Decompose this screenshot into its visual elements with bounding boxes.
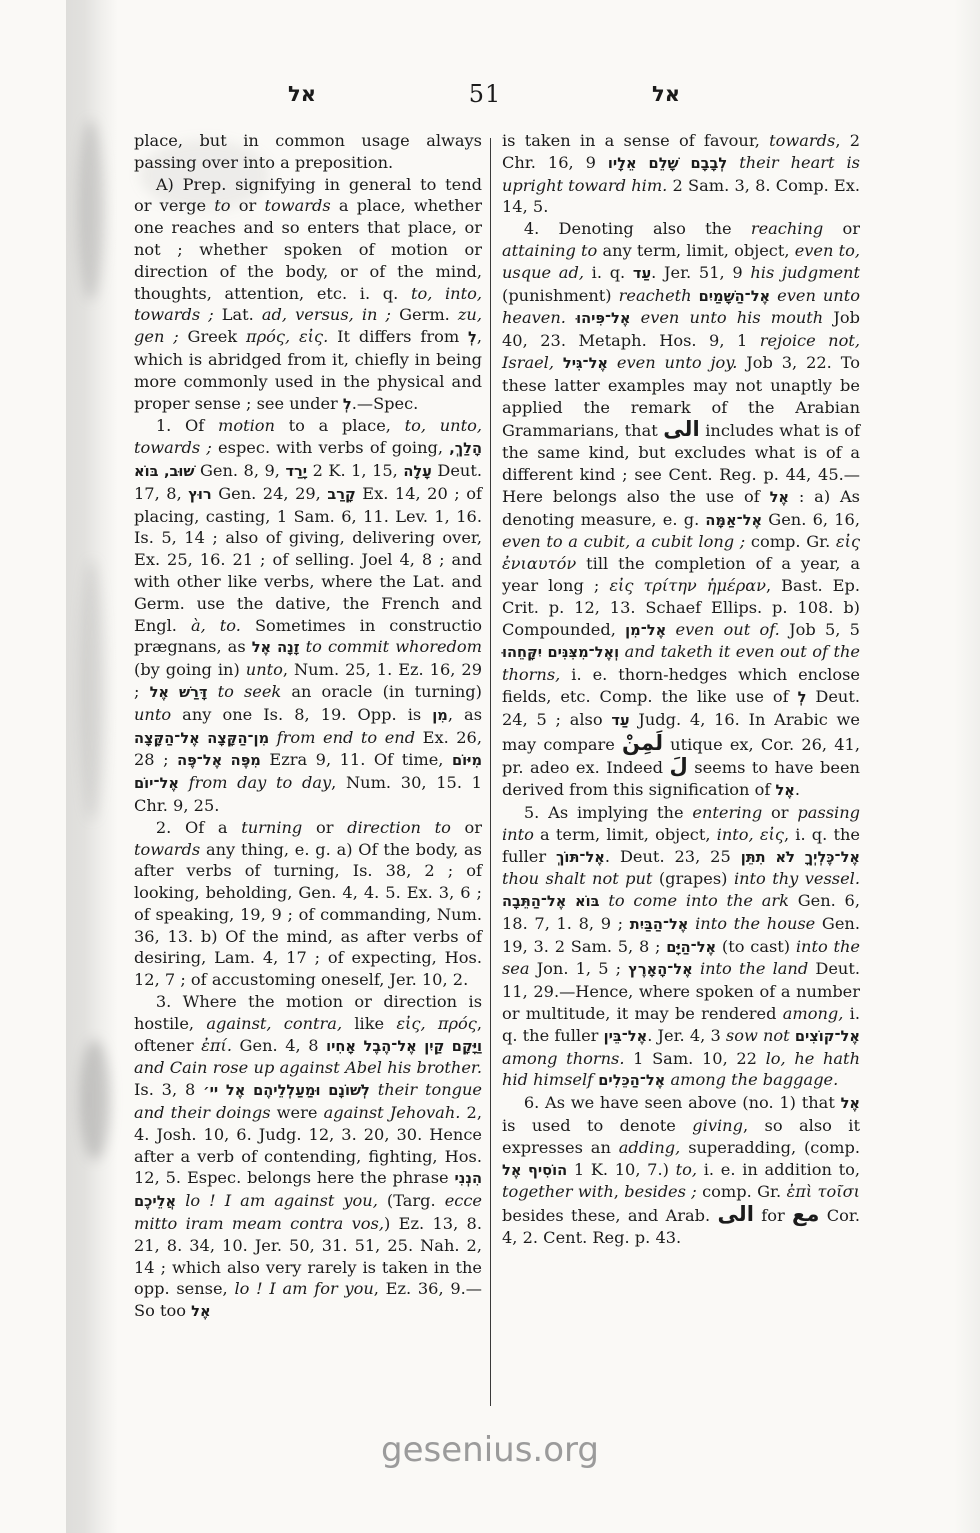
text: Gen. 4, 8: [232, 1036, 326, 1055]
text: [566, 308, 576, 327]
hebrew-text: יָרַד: [285, 463, 307, 480]
greek-text: ἐπὶ τοῖσι: [787, 1182, 860, 1201]
italic-text: among the baggage.: [670, 1070, 838, 1089]
hebrew-text: אֶל־מִן: [625, 622, 666, 639]
text: or: [451, 818, 482, 837]
italic-text: from end to end: [277, 728, 415, 747]
scan-smudge: [80, 1040, 110, 1160]
italic-text: from day to day: [189, 773, 332, 792]
italic-text: to seek: [218, 682, 282, 701]
hebrew-text: אֶל־אַמָּה: [705, 512, 762, 529]
text: 2. Of a: [156, 818, 241, 837]
text: Job 5, 5: [780, 620, 860, 639]
hebrew-text: אֶל־פִּיהוּ: [576, 310, 630, 327]
paragraph: 1. Of motion to a place, to, unto, towar…: [134, 415, 482, 816]
italic-text: his judgment: [750, 263, 860, 282]
text: any one Is. 8, 19. Opp. is: [171, 705, 432, 724]
scanned-page: אל 51 אל place, but in common usage alwa…: [0, 0, 980, 1533]
text: Gen. 8, 9,: [194, 461, 285, 480]
text: for: [754, 1206, 792, 1225]
text: is taken in a sense of favour,: [502, 131, 769, 150]
text: [666, 620, 675, 639]
text: place, but in common usage always passin…: [134, 131, 482, 172]
italic-text: unto: [246, 660, 283, 679]
italic-text: to: [214, 196, 230, 215]
greek-text: εἰς, πρός: [396, 1014, 476, 1033]
italic-text: against Jehovah.: [324, 1103, 461, 1122]
greek-text: πρός, εἰς.: [246, 327, 328, 346]
hebrew-text: מִן: [432, 707, 448, 724]
paragraph: A) Prep. signifying in general to tend o…: [134, 174, 482, 416]
paragraph: 6. As we have seen above (no. 1) that אֶ…: [502, 1092, 860, 1249]
italic-text: even unto his mouth: [641, 308, 824, 327]
italic-text: unto: [134, 705, 171, 724]
paragraph: 5. As implying the entering or passing i…: [502, 802, 860, 1092]
hebrew-text: אֶל־בֵּין: [604, 1028, 648, 1045]
column-divider: [490, 138, 491, 1406]
page-number: 51: [455, 80, 515, 108]
hebrew-text: רוּץ: [188, 486, 211, 503]
italic-text: entering: [692, 803, 762, 822]
italic-text: among thorns.: [502, 1049, 624, 1068]
text: 1 Sam. 10, 22: [624, 1049, 765, 1068]
text: [693, 959, 700, 978]
arabic-text: الى: [663, 416, 699, 441]
header-keyword-right: אל: [652, 82, 680, 106]
text: Germ.: [391, 305, 458, 324]
text: [370, 1080, 378, 1099]
italic-text: towards: [769, 131, 835, 150]
text: [727, 153, 739, 172]
text: .: [795, 780, 800, 799]
text: i. q.: [584, 263, 633, 282]
italic-text: towards: [264, 196, 330, 215]
italic-text: à, to.: [191, 616, 241, 635]
text: It differs from: [328, 327, 468, 346]
text: 1 K. 10, 7.): [567, 1160, 676, 1179]
text: or: [762, 803, 797, 822]
italic-text: into the land: [700, 959, 808, 978]
italic-text: direction to: [347, 818, 451, 837]
left-column: place, but in common usage always passin…: [134, 130, 482, 1323]
text: Greek: [179, 327, 246, 346]
greek-text: εἰς: [760, 825, 784, 844]
hebrew-text: אֶל־הַיָּם: [666, 939, 716, 956]
text: Is. 3, 8: [134, 1080, 203, 1099]
text: [207, 682, 217, 701]
arabic-text: لَ: [669, 753, 687, 778]
header-keyword-left: אל: [288, 82, 316, 106]
text: (grapes): [652, 869, 734, 888]
hebrew-text: הוֹסִיף אֶל: [502, 1162, 567, 1179]
italic-text: adding,: [619, 1138, 681, 1157]
watermark: gesenius.org: [0, 1430, 980, 1470]
text: . Jer. 51, 9: [651, 263, 750, 282]
text: espec. with verbs of going,: [212, 438, 449, 457]
text: any thing, e. g. a) Of the body, as afte…: [134, 840, 482, 990]
italic-text: to commit whoredom: [306, 637, 482, 656]
hebrew-text: דָּרַשׁ אֶל: [150, 684, 208, 701]
text: (by going in): [134, 660, 246, 679]
text: Lat.: [214, 305, 262, 324]
italic-text: attaining to: [502, 241, 597, 260]
text: 5. As implying the: [524, 803, 693, 822]
italic-text: lo ! I am against you,: [185, 1191, 378, 1210]
text: comp. Gr.: [745, 532, 836, 551]
italic-text: turning: [241, 818, 302, 837]
text: (to cast): [716, 937, 796, 956]
italic-text: thou shalt not put: [502, 869, 652, 888]
hebrew-text: אֶל־הָאָרֶץ: [628, 961, 693, 978]
scan-smudge: [78, 120, 104, 300]
italic-text: to come into the ark: [608, 891, 789, 910]
italic-text: and Cain rose up against Abel his brothe…: [134, 1058, 482, 1077]
text: [608, 353, 617, 372]
italic-text: even out of.: [676, 620, 780, 639]
paragraph: 3. Where the motion or direction is host…: [134, 991, 482, 1323]
text: 4. Denoting also the: [524, 219, 751, 238]
italic-text: motion: [218, 416, 275, 435]
text: .—Spec.: [352, 394, 419, 413]
hebrew-text: לְ: [468, 329, 477, 346]
text: [630, 308, 640, 327]
text: besides these, and Arab.: [502, 1206, 718, 1225]
text: [554, 353, 563, 372]
arabic-text: مع: [792, 1201, 819, 1226]
italic-text: reaching: [751, 219, 823, 238]
italic-text: together with: [502, 1182, 614, 1201]
italic-text: towards: [134, 840, 200, 859]
paragraph: place, but in common usage always passin…: [134, 130, 482, 174]
hebrew-text: אֶל: [841, 1095, 860, 1112]
hebrew-text: אֶל־גִּיל: [563, 355, 608, 372]
text: comp. Gr.: [697, 1182, 787, 1201]
hebrew-text: אֶל־תּוֹךְ: [556, 849, 605, 866]
hebrew-text: וְאֶל־מִצִּנִּים יִקָּחֵהוּ: [502, 644, 619, 661]
text: , as: [448, 705, 482, 724]
hebrew-text: לְ: [343, 396, 352, 413]
hebrew-text: עַד: [611, 712, 629, 729]
text: superadding, (comp.: [680, 1138, 860, 1157]
paragraph: is taken in a sense of favour, towards, …: [502, 130, 860, 218]
text: Ezra 9, 11. Of time,: [261, 750, 452, 769]
text: like: [342, 1014, 396, 1033]
hebrew-text: וַיָּקָם קַיִן אֶל־הֶבֶל אָחִיו: [326, 1038, 482, 1055]
italic-text: to,: [676, 1160, 697, 1179]
hebrew-text: אֶל־קוֹצִים: [795, 1028, 860, 1045]
text: 2 K. 1, 15,: [307, 461, 403, 480]
italic-text: into thy vessel.: [734, 869, 860, 888]
hebrew-text: בּוֹא אֶל־הַתֵּבָה: [502, 893, 600, 910]
hebrew-text: לְבָבָם שָׁלֵם אֵלָיו: [608, 155, 727, 172]
hebrew-text: עָלָה: [403, 463, 432, 480]
text: a term, limit, object,: [534, 825, 717, 844]
italic-text: into the house: [695, 914, 815, 933]
hebrew-text: זָנָה אֶל: [252, 639, 300, 656]
scan-gutter-shadow: [66, 0, 118, 1533]
text: 1. Of: [156, 416, 218, 435]
text: or: [231, 196, 265, 215]
text: were: [271, 1103, 324, 1122]
italic-text: even to a cubit, a cubit long ;: [502, 532, 745, 551]
hebrew-text: לְשׁוֹנָם וּמַעַלְלֵיהֶם אֶל יי׳: [203, 1082, 370, 1099]
arabic-text: الى: [718, 1201, 754, 1226]
hebrew-text: אֶל־הַבַּיִת: [630, 916, 689, 933]
italic-text: ad, versus, in ;: [262, 305, 391, 324]
text: (punishment): [502, 286, 619, 305]
hebrew-text: אֶל־הַשָּׁמַיִם: [699, 288, 771, 305]
text: Ex. 14, 20 ; of placing, casting, 1 Sam.…: [134, 484, 482, 635]
text: [179, 773, 189, 792]
text: [600, 891, 609, 910]
text: [692, 286, 699, 305]
right-column: is taken in a sense of favour, towards, …: [502, 130, 860, 1249]
text: . Jer. 4, 3: [647, 1026, 726, 1045]
italic-text: besides ;: [624, 1182, 696, 1201]
hebrew-text: אֶל־כֶּלְיְךָ לֹא תִתֵּן: [741, 849, 860, 866]
text: is used to denote: [502, 1116, 692, 1135]
scan-edge-shadow: [954, 0, 980, 1533]
hebrew-text: אֶל: [775, 782, 794, 799]
hebrew-text: אֶל־הַכֵּלִים: [598, 1072, 665, 1089]
arabic-text: لَمِنْ: [622, 730, 663, 755]
text: or: [823, 219, 860, 238]
text: an oracle (in turning): [281, 682, 482, 701]
italic-text: against, contra,: [206, 1014, 342, 1033]
greek-text: εἰς τρίτην ἡμέραν: [609, 576, 766, 595]
italic-text: among,: [783, 1004, 844, 1023]
hebrew-text: עַד: [633, 265, 651, 282]
text: to a place,: [275, 416, 405, 435]
paragraph: 4. Denoting also the reaching or attaini…: [502, 218, 860, 802]
text: Gen. 6, 16,: [762, 510, 860, 529]
hebrew-text: מִן־הַקָּצָה אֶל־הַקָּצָה: [134, 730, 269, 747]
text: i. e. in addition to,: [697, 1160, 860, 1179]
italic-text: even unto joy.: [617, 353, 738, 372]
italic-text: reacheth: [619, 286, 692, 305]
text: (Targ.: [378, 1191, 445, 1210]
greek-text: ἐπί.: [201, 1036, 232, 1055]
italic-text: lo ! I am for you: [234, 1279, 373, 1298]
text: 6. As we have seen above (no. 1) that: [524, 1093, 841, 1112]
text: Gen. 24, 29,: [212, 484, 328, 503]
text: ,: [614, 1182, 625, 1201]
paragraph: 2. Of a turning or direction to or towar…: [134, 817, 482, 991]
text: [269, 728, 277, 747]
scan-smudge: [80, 560, 104, 820]
italic-text: into,: [717, 825, 754, 844]
text: [176, 1191, 185, 1210]
italic-text: giving: [692, 1116, 743, 1135]
text: . Deut. 23, 25: [605, 847, 741, 866]
text: Jon. 1, 5 ;: [530, 959, 629, 978]
text: any term, limit, object,: [597, 241, 794, 260]
text: or: [302, 818, 347, 837]
hebrew-text: אֶל: [191, 1303, 210, 1320]
hebrew-text: קָרַב: [327, 486, 355, 503]
italic-text: sow not: [726, 1026, 790, 1045]
hebrew-text: מִפֶּה אֶל־פֶּה: [177, 752, 261, 769]
hebrew-text: אֶל: [770, 489, 789, 506]
